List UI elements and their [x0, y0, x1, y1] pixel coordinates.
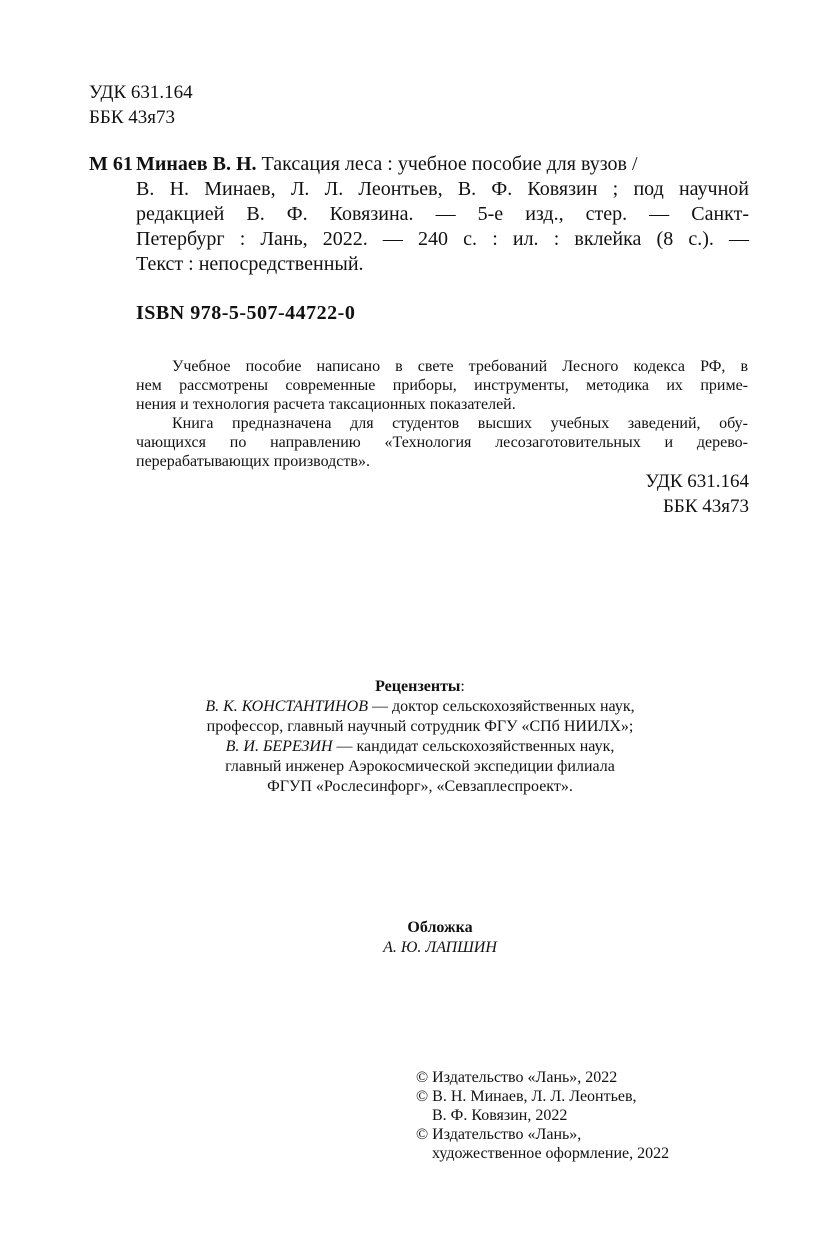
reviewer-1-name: В. К. КОНСТАНТИНОВ [205, 698, 368, 715]
reviewer-2-title: — кандидат сельскохозяйственных наук, [333, 738, 615, 755]
annotation: Учебное пособие написано в свете требова… [136, 357, 748, 471]
copyright-line: © Издательство «Лань», 2022 [416, 1068, 669, 1087]
reviewer-2-organization: ФГУП «Рослесинфорг», «Севзаплеспроект». [150, 777, 690, 797]
cover-designer: А. Ю. ЛАПШИН [300, 938, 580, 958]
copyright-line: © В. Н. Минаев, Л. Л. Леонтьев, [416, 1087, 669, 1106]
biblio-line-2: В. Н. Минаев, Л. Л. Леонтьев, В. Ф. Ковя… [136, 177, 749, 202]
annotation-line: нения и технология расчета таксационных … [136, 395, 748, 414]
udk-code: УДК 631.164 [645, 469, 749, 494]
reviewer-2-name: В. И. БЕРЕЗИН [226, 738, 333, 755]
copyright-line: художественное оформление, 2022 [416, 1144, 669, 1163]
biblio-line-4: Петербург : Лань, 2022. — 240 с. : ил. :… [136, 227, 749, 252]
annotation-line: Учебное пособие написано в свете требова… [136, 357, 748, 376]
author-mark: М 61 [89, 152, 133, 177]
isbn: ISBN 978-5-507-44722-0 [136, 302, 355, 325]
biblio-line-5: Текст : непосредственный. [136, 252, 749, 277]
copyright-line: В. Ф. Ковязин, 2022 [416, 1106, 669, 1125]
bibliographic-entry: Минаев В. Н. Таксация леса : учебное пос… [136, 152, 749, 277]
reviewer-1-position: профессор, главный научный сотрудник ФГУ… [150, 717, 690, 737]
udk-code: УДК 631.164 [89, 80, 193, 105]
annotation-line: нем рассмотрены современные приборы, инс… [136, 376, 748, 395]
reviewer-2-position: главный инженер Аэрокосмической экспедиц… [150, 757, 690, 777]
bibliographic-record: М 61 Минаев В. Н. Таксация леса : учебно… [89, 152, 749, 277]
biblio-line-1: Минаев В. Н. Таксация леса : учебное пос… [136, 152, 749, 177]
reviewers-heading: Рецензенты [375, 678, 460, 695]
biblio-line-3: редакцией В. Ф. Ковязина. — 5-е изд., ст… [136, 202, 749, 227]
cover-credit: Обложка А. Ю. ЛАПШИН [300, 918, 580, 958]
copyright-line: © Издательство «Лань», [416, 1125, 669, 1144]
annotation-line: чающихся по направлению «Технология лесо… [136, 433, 748, 452]
reviewers-block: Рецензенты: В. К. КОНСТАНТИНОВ — доктор … [150, 677, 690, 797]
author-name: Минаев В. Н. [136, 153, 257, 175]
bbk-code: ББК 43я73 [89, 105, 193, 130]
copyright-block: © Издательство «Лань», 2022 © В. Н. Мина… [416, 1068, 669, 1163]
reviewer-1-title: — доктор сельскохозяйственных наук, [368, 698, 635, 715]
title-text: Таксация леса : учебное пособие для вузо… [262, 153, 638, 175]
reviewers-heading-line: Рецензенты: [150, 677, 690, 697]
classification-codes-top: УДК 631.164 ББК 43я73 [89, 80, 193, 130]
bbk-code: ББК 43я73 [645, 494, 749, 519]
reviewer-1: В. К. КОНСТАНТИНОВ — доктор сельскохозяй… [150, 697, 690, 717]
cover-heading: Обложка [300, 918, 580, 938]
annotation-line: Книга предназначена для студентов высших… [136, 414, 748, 433]
classification-codes-bottom: УДК 631.164 ББК 43я73 [645, 469, 749, 519]
reviewer-2: В. И. БЕРЕЗИН — кандидат сельскохозяйств… [150, 737, 690, 757]
colon: : [460, 678, 464, 695]
